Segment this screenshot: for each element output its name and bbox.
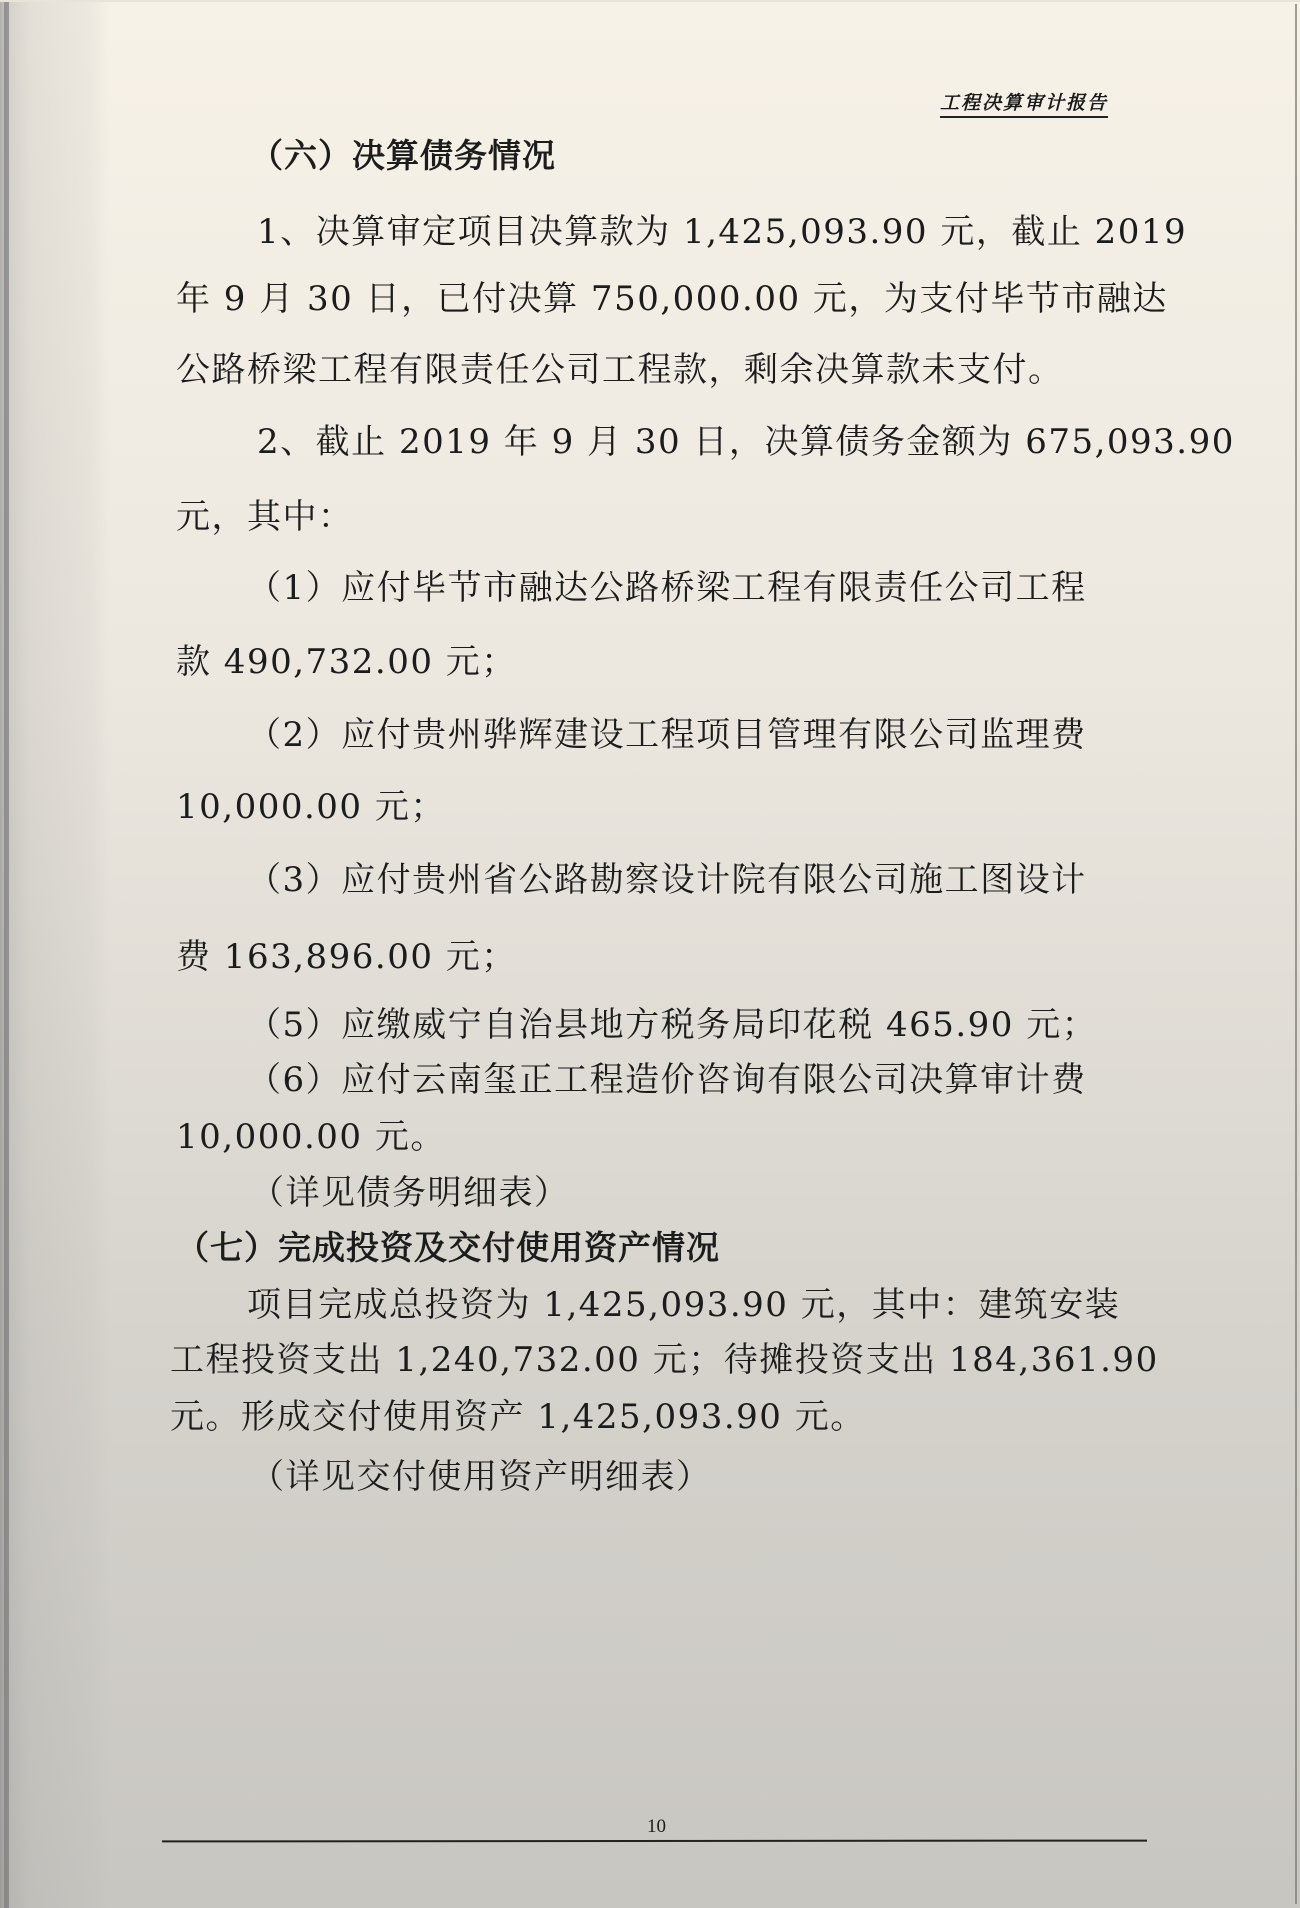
debt-item-6-line2: 10,000.00 元。 xyxy=(176,1117,446,1157)
page-top-edge xyxy=(0,0,1300,2)
debt-item-1-line1: （1）应付毕节市融达公路桥梁工程有限责任公司工程 xyxy=(247,568,1087,608)
scanned-page: 工程决算审计报告 （六）决算债务情况 1、决算审定项目决算款为 1,425,09… xyxy=(0,0,1300,1908)
section6-para1-line3: 公路桥梁工程有限责任公司工程款，剩余决算款未支付。 xyxy=(176,350,1064,390)
section6-para2-line1: 2、截止 2019 年 9 月 30 日，决算债务金额为 675,093.90 xyxy=(257,422,1235,462)
page-number: 10 xyxy=(647,1816,666,1838)
section6-heading: （六）决算债务情况 xyxy=(250,136,556,176)
section6-para2-line2: 元，其中： xyxy=(176,497,354,537)
section7-para-line2: 工程投资支出 1,240,732.00 元；待摊投资支出 184,361.90 xyxy=(170,1340,1159,1380)
section6-para1-line1: 1、决算审定项目决算款为 1,425,093.90 元，截止 2019 xyxy=(257,212,1187,252)
page-right-edge xyxy=(1295,4,1297,1904)
running-header: 工程决算审计报告 xyxy=(940,88,1108,118)
debt-item-2-line2: 10,000.00 元； xyxy=(176,787,446,827)
debt-item-3-line1: （3）应付贵州省公路勘察设计院有限公司施工图设计 xyxy=(247,860,1087,900)
section7-para-line3: 元。形成交付使用资产 1,425,093.90 元。 xyxy=(170,1397,866,1437)
section7-note: （详见交付使用资产明细表） xyxy=(250,1457,712,1497)
debt-item-2-line1: （2）应付贵州骅辉建设工程项目管理有限公司监理费 xyxy=(247,715,1087,755)
debt-item-1-line2: 款 490,732.00 元； xyxy=(176,642,517,682)
footer-rule xyxy=(162,1840,1147,1843)
section6-note: （详见债务明细表） xyxy=(250,1173,570,1213)
debt-item-6-line1: （6）应付云南玺正工程造价咨询有限公司决算审计费 xyxy=(247,1060,1087,1100)
binding-edge xyxy=(4,0,9,1908)
section7-heading: （七）完成投资及交付使用资产情况 xyxy=(176,1228,720,1268)
binding-shadow xyxy=(0,0,110,1908)
debt-item-5-line1: （5）应缴威宁自治县地方税务局印花税 465.90 元； xyxy=(247,1005,1097,1045)
debt-item-3-line2: 费 163,896.00 元； xyxy=(176,937,517,977)
section7-para-line1: 项目完成总投资为 1,425,093.90 元，其中：建筑安装 xyxy=(247,1285,1120,1325)
section6-para1-line2: 年 9 月 30 日，已付决算 750,000.00 元，为支付毕节市融达 xyxy=(176,279,1168,319)
